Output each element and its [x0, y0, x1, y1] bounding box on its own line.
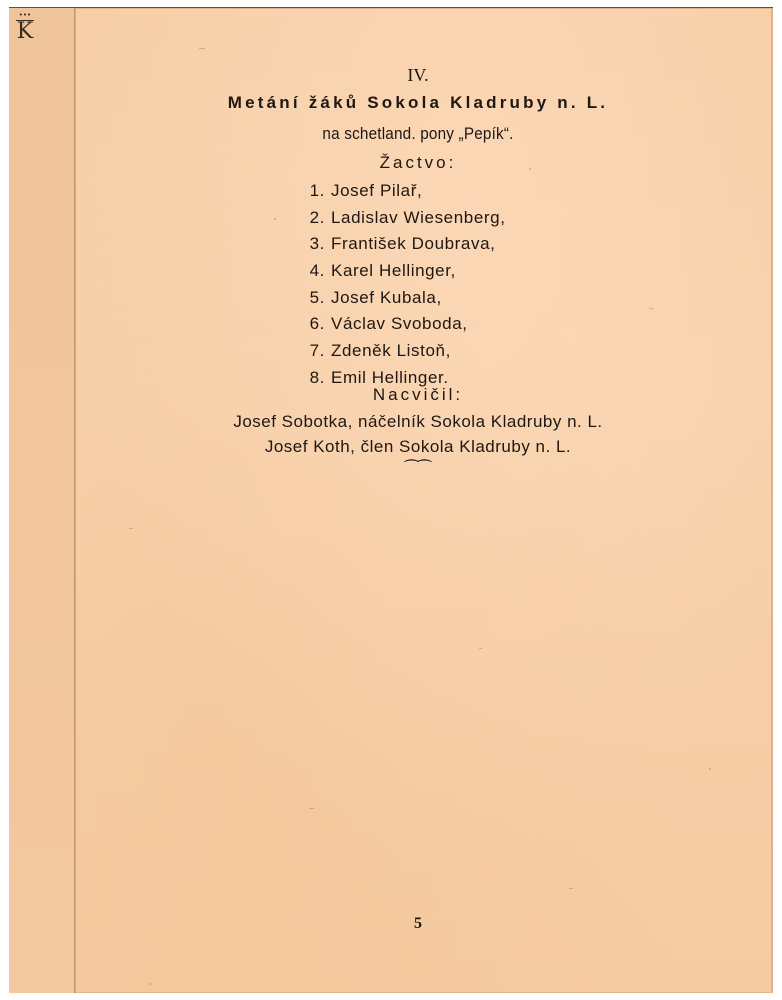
student-name: Karel Hellinger,: [331, 261, 456, 280]
item-number: 1.: [305, 178, 325, 204]
students-list: 1.Josef Pilař, 2.Ladislav Wiesenberg, 3.…: [305, 178, 506, 392]
list-item: 6.Václav Svoboda,: [305, 311, 506, 338]
item-number: 6.: [305, 311, 325, 337]
trainer-line: Josef Koth, člen Sokola Kladruby n. L.: [9, 437, 782, 457]
item-number: 7.: [305, 338, 325, 364]
scanned-page: ••• K IV. Metání žáků Sokola Kladruby n.…: [9, 7, 773, 993]
trainer-line: Josef Sobotka, náčelník Sokola Kladruby …: [9, 412, 782, 432]
student-name: Zdeněk Listoň,: [331, 341, 451, 360]
students-heading: Žactvo:: [9, 153, 782, 173]
item-number: 5.: [305, 285, 325, 311]
student-name: Ladislav Wiesenberg,: [331, 208, 506, 227]
item-number: 3.: [305, 231, 325, 257]
student-name: František Doubrava,: [331, 234, 495, 253]
student-name: Josef Pilař,: [331, 181, 422, 200]
item-number: 4.: [305, 258, 325, 284]
list-item: 3.František Doubrava,: [305, 231, 506, 258]
list-item: 2.Ladislav Wiesenberg,: [305, 205, 506, 232]
section-number: IV.: [9, 65, 782, 86]
page-number: 5: [9, 915, 782, 933]
page-content: IV. Metání žáků Sokola Kladruby n. L. na…: [9, 8, 773, 993]
ornament-icon: ⁀⁀: [9, 462, 782, 476]
student-name: Václav Svoboda,: [331, 314, 468, 333]
subtitle: na schetland. pony „Pepík“.: [50, 124, 782, 144]
list-item: 1.Josef Pilař,: [305, 178, 506, 205]
list-item: 7.Zdeněk Listoň,: [305, 338, 506, 365]
student-name: Josef Kubala,: [331, 288, 442, 307]
list-item: 5.Josef Kubala,: [305, 285, 506, 312]
student-name: Emil Hellinger.: [331, 368, 449, 387]
trainers-heading: Nacvičil:: [9, 385, 782, 405]
item-number: 2.: [305, 205, 325, 231]
list-item: 4.Karel Hellinger,: [305, 258, 506, 285]
page-title: Metání žáků Sokola Kladruby n. L.: [9, 93, 782, 113]
